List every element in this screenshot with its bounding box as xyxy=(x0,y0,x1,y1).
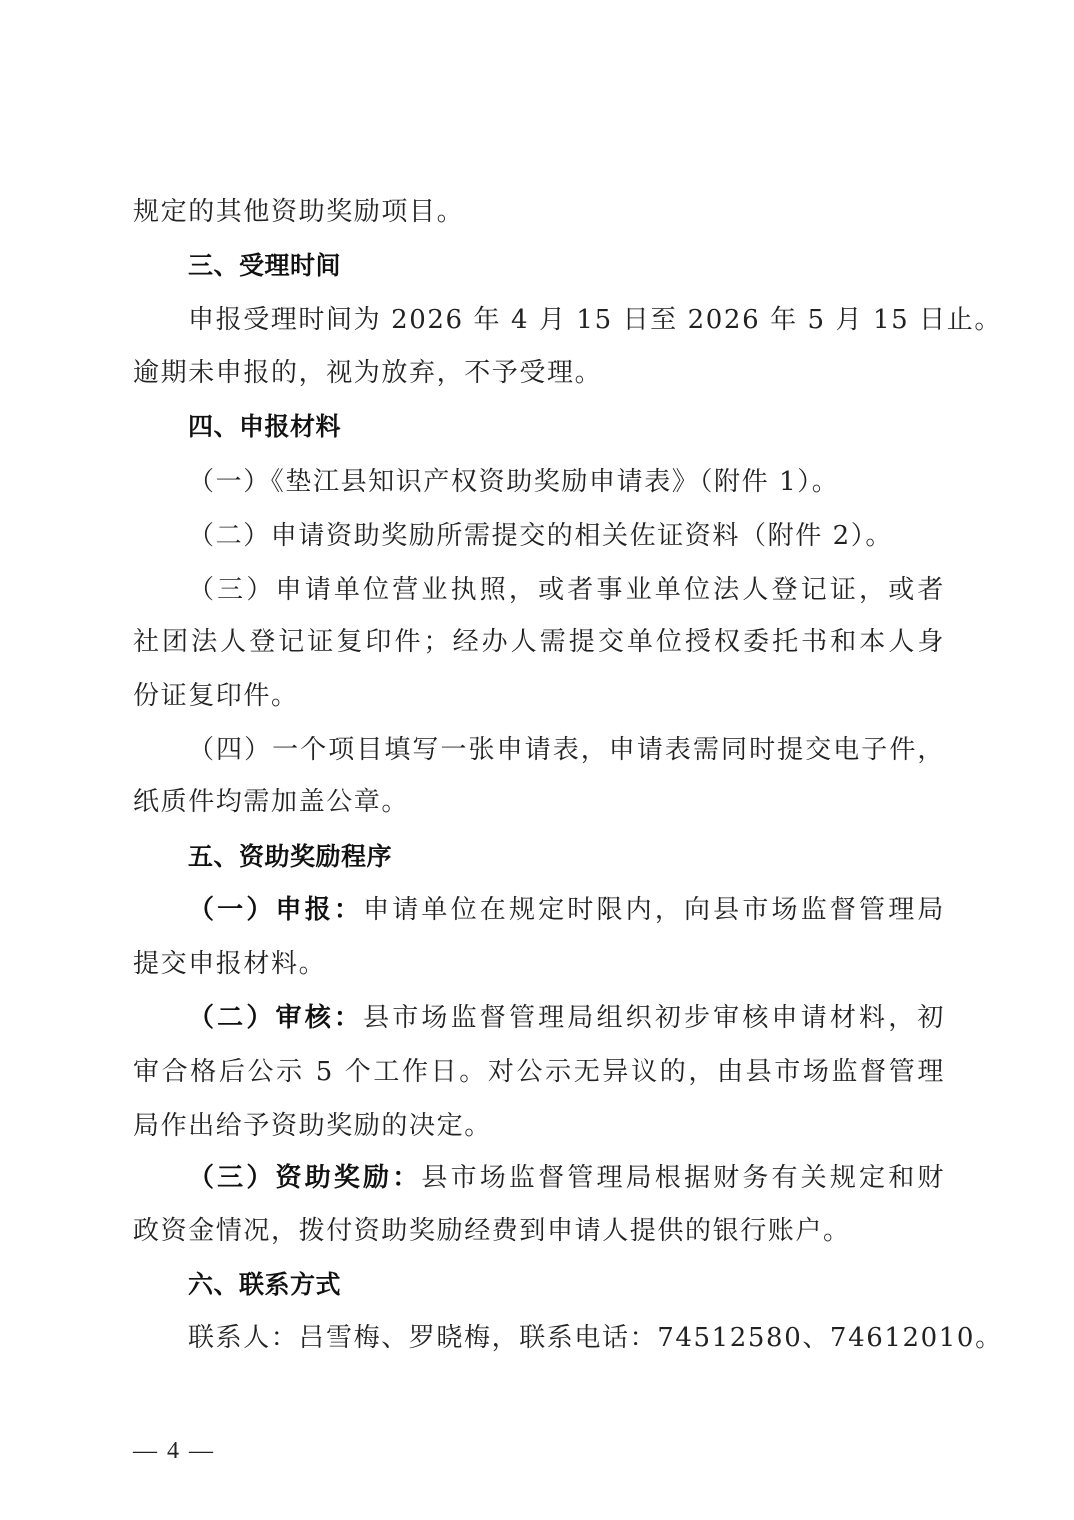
section-heading: 四、申报材料 xyxy=(188,410,945,444)
line-text: 局作出给予资助奖励的决定。 xyxy=(133,1111,492,1141)
paragraph-line: （三）资助奖励：县市场监督管理局根据财务有关规定和财 xyxy=(188,1161,945,1195)
line-text: （一）《垫江县知识产权资助奖励申请表》（附件 1）。 xyxy=(188,467,839,497)
line-text: 份证复印件。 xyxy=(133,681,299,711)
paragraph-line: （一）《垫江县知识产权资助奖励申请表》（附件 1）。 xyxy=(188,465,945,499)
line-text: （三）申请单位营业执照，或者事业单位法人登记证，或者 xyxy=(188,575,945,605)
line-text: 逾期未申报的，视为放弃，不予受理。 xyxy=(133,358,602,388)
line-text: 申请单位在规定时限内，向县市场监督管理局 xyxy=(363,895,945,925)
line-text: 社团法人登记证复印件；经办人需提交单位授权委托书和本人身 xyxy=(133,627,945,657)
line-text: （二）申请资助奖励所需提交的相关佐证资料（附件 2）。 xyxy=(188,521,893,551)
paragraph-line: 政资金情况，拨付资助奖励经费到申请人提供的银行账户。 xyxy=(133,1214,945,1248)
line-text: 六、联系方式 xyxy=(188,1270,341,1299)
paragraph-line: 局作出给予资助奖励的决定。 xyxy=(133,1109,945,1143)
page-number: — 4 — xyxy=(133,1438,215,1465)
item-lead-label: （一）申报： xyxy=(188,895,363,925)
paragraph-line: 联系人：吕雪梅、罗晓梅，联系电话：74512580、74612010。 xyxy=(188,1321,945,1355)
document-page: 规定的其他资助奖励项目。三、受理时间申报受理时间为 2026 年 4 月 15 … xyxy=(0,0,1074,1520)
paragraph-line: 社团法人登记证复印件；经办人需提交单位授权委托书和本人身 xyxy=(133,625,945,659)
item-lead-label: （二）审核： xyxy=(188,1003,363,1033)
paragraph-line: （二）审核：县市场监督管理局组织初步审核申请材料，初 xyxy=(188,1001,945,1035)
section-heading: 六、联系方式 xyxy=(188,1268,945,1302)
paragraph-line: 规定的其他资助奖励项目。 xyxy=(133,195,945,229)
line-text: 县市场监督管理局组织初步审核申请材料，初 xyxy=(363,1003,945,1033)
line-text: （四）一个项目填写一张申请表，申请表需同时提交电子件， xyxy=(188,735,945,765)
line-text: 审合格后公示 5 个工作日。对公示无异议的，由县市场监督管理 xyxy=(133,1057,945,1087)
paragraph-line: （三）申请单位营业执照，或者事业单位法人登记证，或者 xyxy=(188,573,945,607)
paragraph-line: 逾期未申报的，视为放弃，不予受理。 xyxy=(133,356,945,390)
line-text: 申报受理时间为 2026 年 4 月 15 日至 2026 年 5 月 15 日… xyxy=(188,305,1002,335)
line-text: 五、资助奖励程序 xyxy=(188,842,392,871)
paragraph-line: 份证复印件。 xyxy=(133,679,945,713)
line-text: 三、受理时间 xyxy=(188,251,341,280)
item-lead-label: （三）资助奖励： xyxy=(188,1163,421,1193)
paragraph-line: 提交申报材料。 xyxy=(133,947,945,981)
line-text: 四、申报材料 xyxy=(188,412,341,441)
paragraph-line: 纸质件均需加盖公章。 xyxy=(133,785,945,819)
paragraph-line: （二）申请资助奖励所需提交的相关佐证资料（附件 2）。 xyxy=(188,519,945,553)
line-text: 规定的其他资助奖励项目。 xyxy=(133,197,464,227)
section-heading: 三、受理时间 xyxy=(188,249,945,283)
line-text: 政资金情况，拨付资助奖励经费到申请人提供的银行账户。 xyxy=(133,1216,851,1246)
paragraph-line: （四）一个项目填写一张申请表，申请表需同时提交电子件， xyxy=(188,733,945,767)
section-heading: 五、资助奖励程序 xyxy=(188,840,945,874)
line-text: 县市场监督管理局根据财务有关规定和财 xyxy=(421,1163,945,1193)
paragraph-line: 审合格后公示 5 个工作日。对公示无异议的，由县市场监督管理 xyxy=(133,1055,945,1089)
line-text: 联系人：吕雪梅、罗晓梅，联系电话：74512580、74612010。 xyxy=(188,1323,1003,1353)
paragraph-line: （一）申报：申请单位在规定时限内，向县市场监督管理局 xyxy=(188,893,945,927)
line-text: 纸质件均需加盖公章。 xyxy=(133,787,409,817)
line-text: 提交申报材料。 xyxy=(133,949,326,979)
paragraph-line: 申报受理时间为 2026 年 4 月 15 日至 2026 年 5 月 15 日… xyxy=(188,303,945,337)
